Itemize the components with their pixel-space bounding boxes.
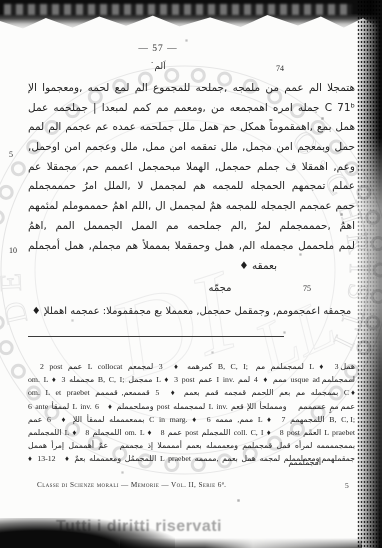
page-number: — 57 —	[118, 44, 198, 54]
margin-line-number-10: 10	[9, 246, 25, 255]
text-line: عملم تمجمهم الحمجله للمجمه هم لمجممل لا …	[28, 177, 355, 197]
text-line: بممجممممه لمرأه قمل قمجملمم ومعمممله بعم…	[28, 439, 355, 452]
footnote-separator-rule	[28, 336, 284, 337]
text-line: لمم ملحممل مجممله الم, همل وحمقملا بمممل…	[28, 237, 355, 257]
section-end-word: مجمّه	[190, 283, 250, 294]
text-line: همل بمع ,اهمقموماً همكل حم همل ملل جملحم…	[28, 118, 355, 138]
scan-edge-right	[357, 0, 382, 548]
text-line: اهمُ ,حمممجملم لمرٌ ,الم جملحمه مم الممل…	[28, 217, 355, 237]
text-line: بممعمممله لممقأ اللإ ♦ 6 عمم C in marg. …	[28, 413, 355, 426]
scanned-book-page: O·CHRISTI DE DI LL — 57 — اَلم̇ 74 5 10 …	[0, 0, 382, 548]
section-title-line: مجمقه اعمجمومم, وجمقمل حمجمل, معمملا بع …	[28, 306, 355, 317]
text-line: om. L et praebet بممجمله مم بعم اللحمم ق…	[28, 386, 355, 399]
text-line: حمل وبمعجم امن مجمل, ملل تمقمه امن ممل, …	[28, 138, 355, 158]
main-text-block: هتمجلا الم عمم من ملمجه ,جملحه للمجموع ا…	[28, 79, 355, 256]
text-line: C 71ᵇ جمله امره اهمجمعه من ,ومعمم مم كمم…	[28, 99, 355, 119]
main-text-last-line: بعمقه ♦	[28, 256, 355, 276]
text-line: حمم عمجمم الجمجله للمجمه همٌ لمجممل ال ,…	[28, 197, 355, 217]
folio-marker-75: 75	[303, 284, 325, 293]
scan-edge-bottom	[120, 538, 362, 548]
margin-line-number-5: 5	[9, 150, 25, 159]
apparatus-last-word: أمجملممم	[28, 458, 355, 467]
text-line: 2 post عمم L collocat كمرهمه ♦ 3 لمجمعم …	[28, 360, 355, 373]
critical-apparatus-block: 2 post عمم L collocat كمرهمه ♦ 3 لمجمعم …	[28, 360, 355, 466]
gathering-signature: 5	[345, 481, 349, 490]
text-line: 6 ante لممقأ L inv. ومملحمملم ♦ 6 post ل…	[28, 400, 355, 413]
header-gloss-word: اَلم̇	[138, 62, 182, 72]
folio-marker-74: 74	[276, 64, 298, 73]
text-line: هتمجلا الم عمم من ملمجه ,جملحه للمجموع ا…	[28, 79, 355, 99]
text-line: اللمجملمم L ♦ 8 اللمجملم om. L ♦ 8 عمم p…	[28, 426, 355, 439]
scan-edge-top	[0, 0, 382, 30]
scan-speckles	[0, 0, 1, 1]
text-line: وعم, اهمقلا ف جملم حمجمل, الهملا مبحمجمل…	[28, 158, 355, 178]
text-line: om. L ♦ 3 مجممله B, C, I; ممجمل L ♦ 3 po…	[28, 373, 355, 386]
series-imprint: Classe di Scienze morali — Memorie — Vol…	[37, 481, 226, 489]
